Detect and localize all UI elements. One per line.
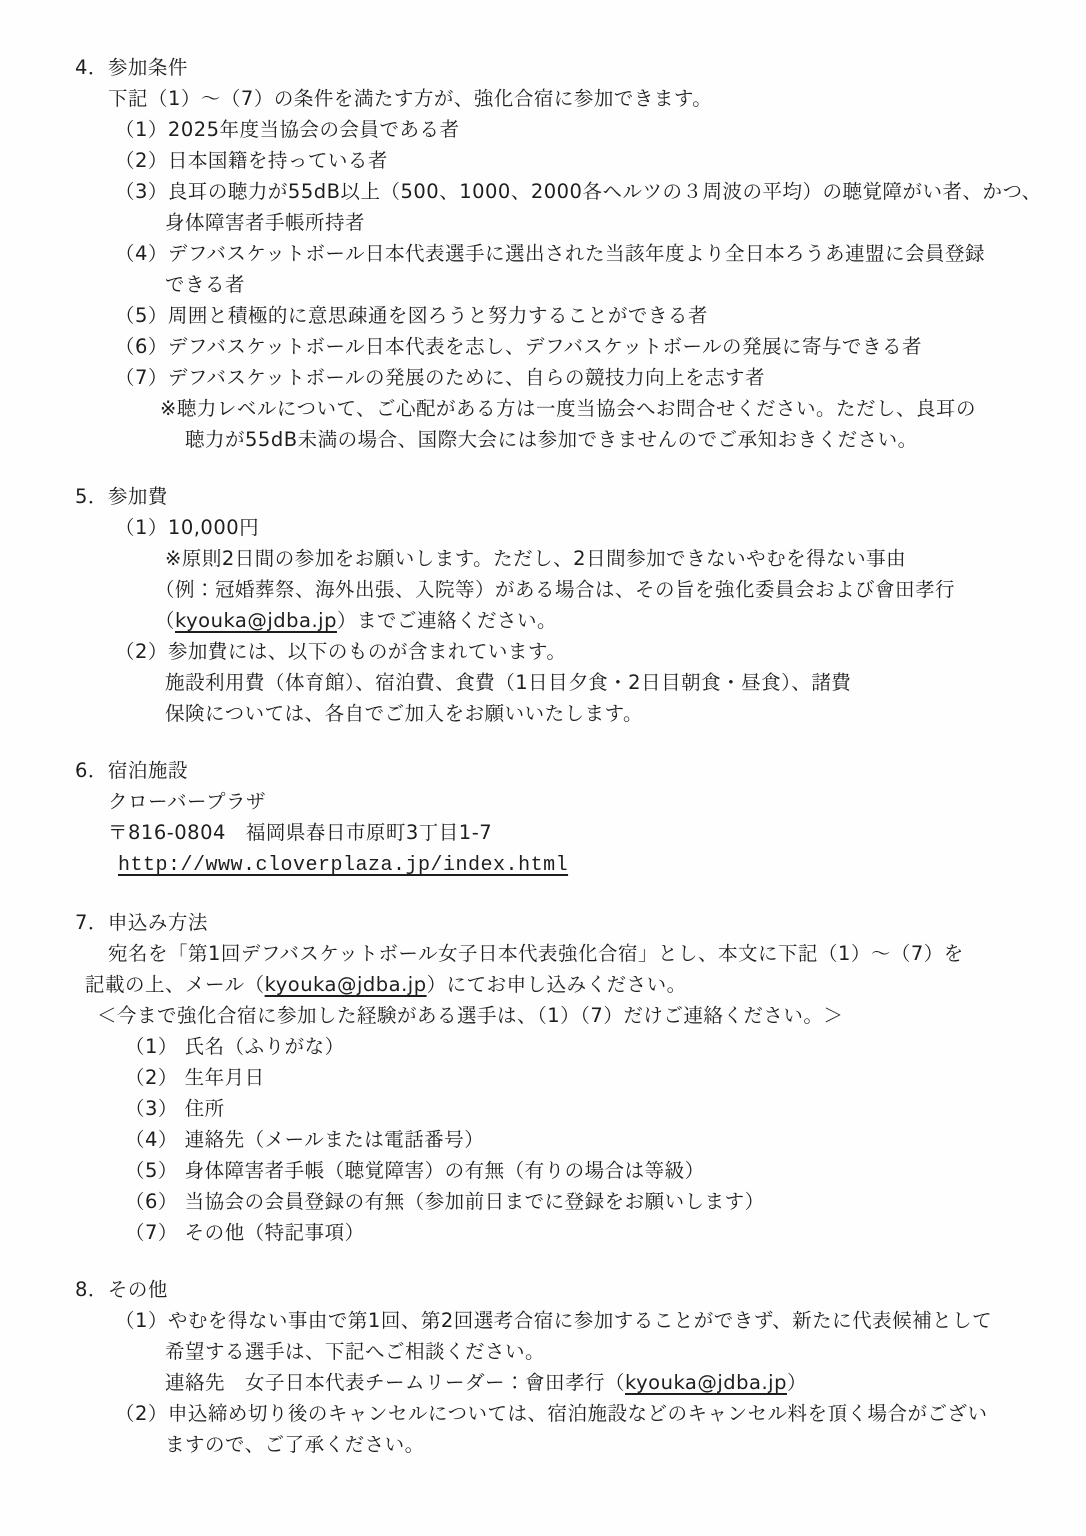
list-item: （1）やむを得ない事由で第1回、第2回選考合宿に参加することができず、新たに代表… bbox=[75, 1305, 1028, 1336]
list-item: （2）参加費には、以下のものが含まれています。 bbox=[75, 636, 1028, 667]
section-other: 8．その他 （1）やむを得ない事由で第1回、第2回選考合宿に参加することができず… bbox=[75, 1274, 1028, 1460]
text-segment: ） bbox=[787, 1371, 807, 1394]
text-segment: ）までご連絡ください。 bbox=[337, 609, 557, 632]
text-segment: 記載の上、メール（ bbox=[85, 973, 265, 996]
list-item: （2） 生年月日 bbox=[75, 1062, 1028, 1093]
text-line: 保険については、各自でご加入をお願いいたします。 bbox=[75, 698, 1028, 729]
section-accommodation: 6．宿泊施設 クローバープラザ 〒816-0804 福岡県春日市原町3丁目1-7… bbox=[75, 755, 1028, 881]
list-item: （4）デフバスケットボール日本代表選手に選出された当該年度より全日本ろうあ連盟に… bbox=[75, 238, 1028, 269]
contact-line: （kyouka@jdba.jp）までご連絡ください。 bbox=[75, 605, 1028, 636]
email-link[interactable]: kyouka@jdba.jp bbox=[265, 973, 427, 996]
section-application-method: 7．申込み方法 宛名を「第1回デフバスケットボール女子日本代表強化合宿」とし、本… bbox=[75, 907, 1028, 1248]
text-segment: ）にてお申し込みください。 bbox=[427, 973, 687, 996]
list-item: （1）10,000円 bbox=[75, 512, 1028, 543]
section-participation-conditions: 4．参加条件 下記（1）～（7）の条件を満たす方が、強化合宿に参加できます。 （… bbox=[75, 52, 1028, 455]
contact-line: 連絡先 女子日本代表チームリーダー：會田孝行（kyouka@jdba.jp） bbox=[75, 1367, 1028, 1398]
note-line: ※聴力レベルについて、ご心配がある方は一度当協会へお問合せください。ただし、良耳… bbox=[75, 393, 1028, 424]
list-item: （2）日本国籍を持っている者 bbox=[75, 145, 1028, 176]
website-line: http://www.cloverplaza.jp/index.html bbox=[75, 848, 1028, 881]
section-heading: 7．申込み方法 bbox=[75, 907, 1028, 938]
list-item: （2）申込締め切り後のキャンセルについては、宿泊施設などのキャンセル料を頂く場合… bbox=[75, 1398, 1028, 1429]
note-line: （例：冠婚葬祭、海外出張、入院等）がある場合は、その旨を強化委員会および會田孝行 bbox=[75, 574, 1028, 605]
email-link[interactable]: kyouka@jdba.jp bbox=[625, 1371, 787, 1394]
list-item: （6）デフバスケットボール日本代表を志し、デフバスケットボールの発展に寄与できる… bbox=[75, 331, 1028, 362]
list-item: （3） 住所 bbox=[75, 1093, 1028, 1124]
text-line: できる者 bbox=[75, 269, 1028, 300]
list-item: （7） その他（特記事項） bbox=[75, 1217, 1028, 1248]
facility-name: クローバープラザ bbox=[75, 786, 1028, 817]
document-page: 4．参加条件 下記（1）～（7）の条件を満たす方が、強化合宿に参加できます。 （… bbox=[0, 0, 1086, 1536]
facility-address: 〒816-0804 福岡県春日市原町3丁目1-7 bbox=[75, 817, 1028, 848]
list-item: （4） 連絡先（メールまたは電話番号） bbox=[75, 1124, 1028, 1155]
section-participation-fee: 5．参加費 （1）10,000円 ※原則2日間の参加をお願いします。ただし、2日… bbox=[75, 481, 1028, 729]
section-heading: 5．参加費 bbox=[75, 481, 1028, 512]
text-line: ますので、ご了承ください。 bbox=[75, 1429, 1028, 1460]
text-line: 宛名を「第1回デフバスケットボール女子日本代表強化合宿」とし、本文に下記（1）～… bbox=[75, 938, 1028, 969]
note-line: ＜今まで強化合宿に参加した経験がある選手は、（1）（7）だけご連絡ください。＞ bbox=[75, 1000, 1028, 1031]
text-line: 身体障害者手帳所持者 bbox=[75, 207, 1028, 238]
list-item: （5）周囲と積極的に意思疎通を図ろうと努力することができる者 bbox=[75, 300, 1028, 331]
list-item: （1）2025年度当協会の会員である者 bbox=[75, 114, 1028, 145]
section-heading: 8．その他 bbox=[75, 1274, 1028, 1305]
list-item: （3）良耳の聴力が55dB以上（500、1000、2000各ヘルツの３周波の平均… bbox=[75, 176, 1028, 207]
note-line: ※原則2日間の参加をお願いします。ただし、2日間参加できないやむを得ない事由 bbox=[75, 543, 1028, 574]
text-line: 施設利用費（体育館）、宿泊費、食費（1日目夕食・2日目朝食・昼食）、諸費 bbox=[75, 667, 1028, 698]
list-item: （1） 氏名（ふりがな） bbox=[75, 1031, 1028, 1062]
contact-line: 記載の上、メール（kyouka@jdba.jp）にてお申し込みください。 bbox=[75, 969, 1028, 1000]
list-item: （6） 当協会の会員登録の有無（参加前日までに登録をお願いします） bbox=[75, 1186, 1028, 1217]
email-link[interactable]: kyouka@jdba.jp bbox=[175, 609, 337, 632]
section-heading: 4．参加条件 bbox=[75, 52, 1028, 83]
list-item: （7）デフバスケットボールの発展のために、自らの競技力向上を志す者 bbox=[75, 362, 1028, 393]
section-heading: 6．宿泊施設 bbox=[75, 755, 1028, 786]
note-line: 聴力が55dB未満の場合、国際大会には参加できませんのでご承知おきください。 bbox=[75, 424, 1028, 455]
text-segment: 連絡先 女子日本代表チームリーダー：會田孝行（ bbox=[165, 1371, 625, 1394]
website-link[interactable]: http://www.cloverplaza.jp/index.html bbox=[118, 854, 568, 877]
text-line: 下記（1）～（7）の条件を満たす方が、強化合宿に参加できます。 bbox=[75, 83, 1028, 114]
text-segment: （ bbox=[155, 609, 175, 632]
list-item: （5） 身体障害者手帳（聴覚障害）の有無（有りの場合は等級） bbox=[75, 1155, 1028, 1186]
text-line: 希望する選手は、下記へご相談ください。 bbox=[75, 1336, 1028, 1367]
